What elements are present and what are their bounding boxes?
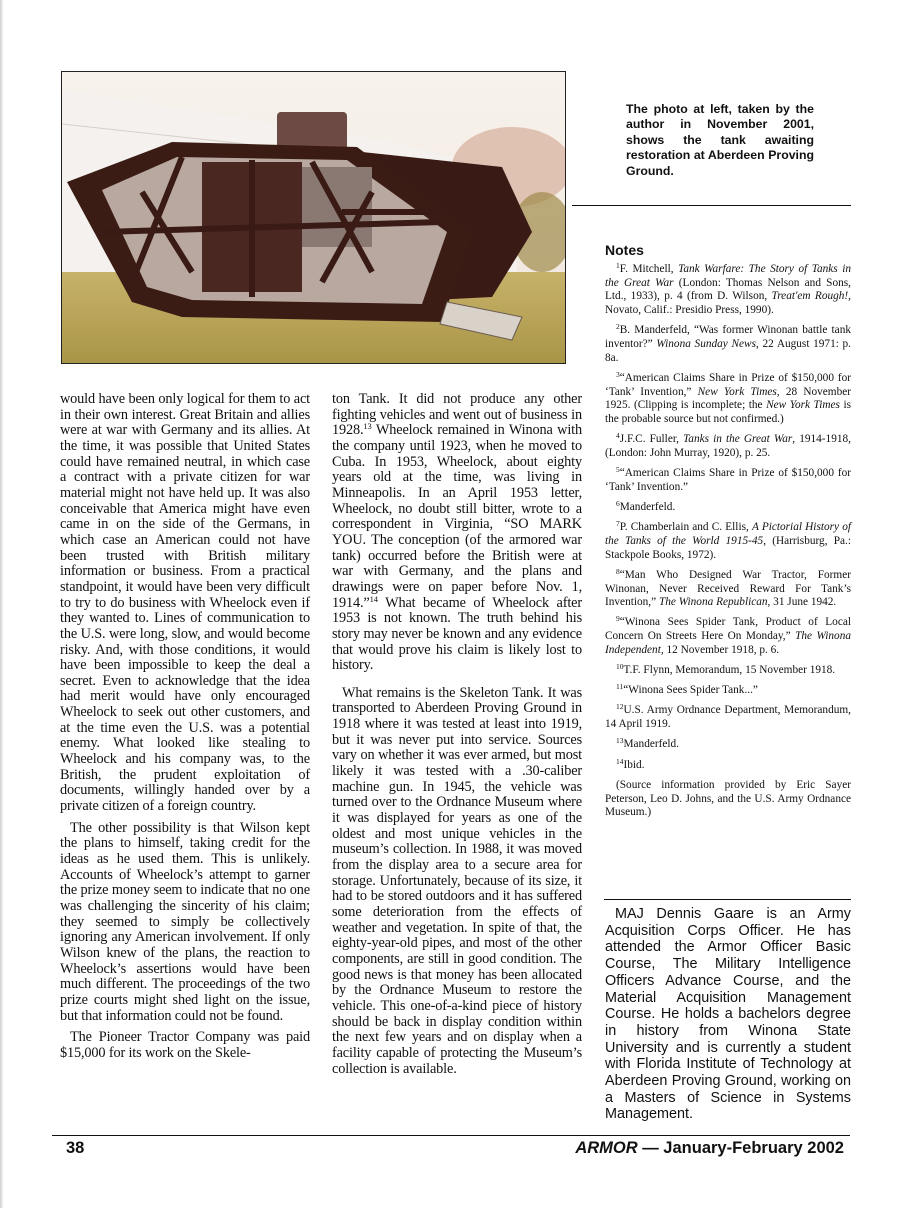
note-item: 6Manderfeld. <box>605 501 851 515</box>
page-footer: 38 ARMOR — January-February 2002 <box>66 1139 844 1158</box>
note-item: 4J.F.C. Fuller, Tanks in the Great War, … <box>605 433 851 460</box>
tank-photo <box>61 71 566 364</box>
article-column-1: would have been only logical for them to… <box>60 392 310 1068</box>
note-item: 12U.S. Army Ordnance Department, Memoran… <box>605 704 851 731</box>
article-column-2: ton Tank. It did not produce any other f… <box>332 392 582 1083</box>
note-item: 9“Winona Sees Spider Tank, Product of Lo… <box>605 616 851 657</box>
paragraph: The other possibility is that Wilson kep… <box>60 821 310 1025</box>
note-item: 11“Winona Sees Spider Tank...” <box>605 684 851 698</box>
bio-divider <box>604 899 851 900</box>
note-item: 10T.F. Flynn, Memorandum, 15 November 19… <box>605 664 851 678</box>
publication-line: ARMOR — January-February 2002 <box>575 1139 844 1158</box>
paragraph: would have been only logical for them to… <box>60 392 310 815</box>
note-item: 1F. Mitchell, Tank Warfare: The Story of… <box>605 263 851 318</box>
notes-heading: Notes <box>605 242 644 258</box>
page-number: 38 <box>66 1139 84 1158</box>
notes-list: 1F. Mitchell, Tank Warfare: The Story of… <box>605 263 851 826</box>
note-item: 3“American Claims Share in Prize of $150… <box>605 372 851 427</box>
note-item: 2B. Manderfeld, “Was former Winonan batt… <box>605 324 851 365</box>
footnote-ref: 13 <box>363 421 371 431</box>
footnote-ref: 14 <box>370 594 378 604</box>
note-item: 5“American Claims Share in Prize of $150… <box>605 467 851 494</box>
note-item: 8“Man Who Designed War Tractor, Former W… <box>605 569 851 610</box>
footer-divider <box>52 1135 850 1136</box>
note-item: 14Ibid. <box>605 759 851 773</box>
paragraph: What remains is the Skeleton Tank. It wa… <box>332 686 582 1077</box>
photo-caption: The photo at left, taken by the author i… <box>626 102 814 179</box>
magazine-name: ARMOR <box>575 1139 637 1157</box>
issue-date: — January-February 2002 <box>638 1139 844 1157</box>
caption-divider <box>572 205 851 206</box>
author-bio: MAJ Dennis Gaare is an Army Acquisition … <box>605 906 851 1123</box>
note-item: 7P. Chamberlain and C. Ellis, A Pictoria… <box>605 521 851 562</box>
skeleton-tank-illustration <box>62 72 566 364</box>
note-item: 13Manderfeld. <box>605 738 851 752</box>
paragraph: The Pioneer Tractor Company was paid $15… <box>60 1030 310 1061</box>
page-edge-shadow <box>0 0 3 1208</box>
notes-source-credit: (Source information provided by Eric Say… <box>605 779 851 820</box>
paragraph: ton Tank. It did not produce any other f… <box>332 392 582 674</box>
